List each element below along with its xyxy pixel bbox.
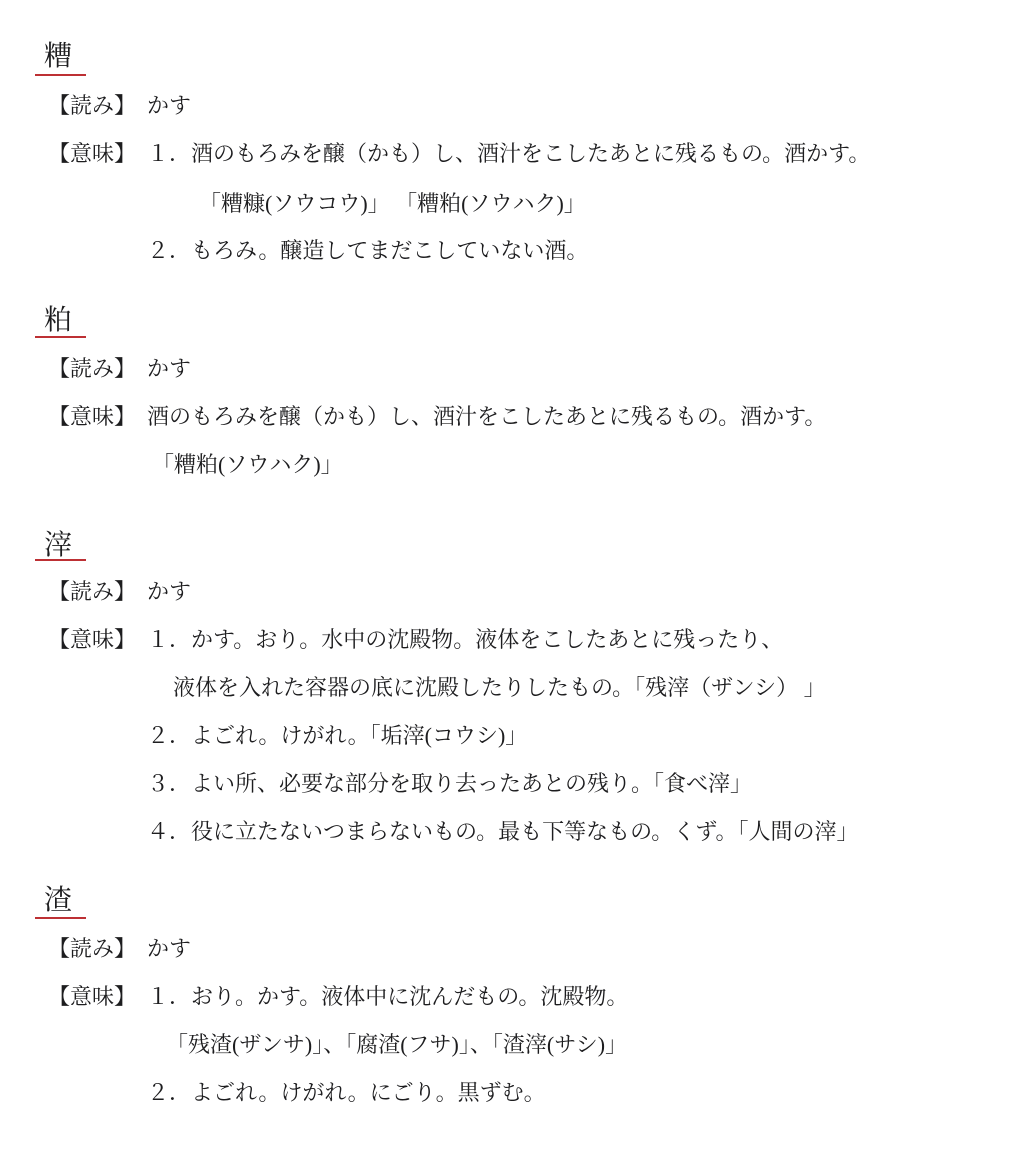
heading-underline-3 (35, 559, 86, 561)
meaning-label: 【意味】 (48, 140, 136, 168)
meaning-text: 「残渣(ザンサ)」、「腐渣(フサ)」、「渣滓(サシ)」 (166, 1031, 627, 1059)
meaning-line: ３．よい所、必要な部分を取り去ったあとの残り。「食べ滓」 (0, 770, 1036, 800)
meaning-text: 酒のもろみを醸（かも）し、酒汁をこしたあとに残るもの。酒かす。 (147, 403, 826, 431)
meaning-line: 【意味】 １．酒のもろみを醸（かも）し、酒汁をこしたあとに残るもの。酒かす。 (0, 140, 1036, 170)
reading-value: かす (147, 355, 191, 383)
meaning-text: ４．役に立たないつまらないもの。最も下等なもの。くず。「人間の滓」 (147, 818, 858, 846)
entry-kanji-1: 糟 (44, 40, 73, 74)
entry-kanji-3: 滓 (44, 529, 73, 563)
meaning-line: 「残渣(ザンサ)」、「腐渣(フサ)」、「渣滓(サシ)」 (0, 1031, 1036, 1061)
meaning-line: ４．役に立たないつまらないもの。最も下等なもの。くず。「人間の滓」 (0, 818, 1036, 848)
heading-underline-1 (35, 74, 86, 76)
meaning-text: 液体を入れた容器の底に沈殿したりしたもの。「残滓（ザンシ） 」 (173, 674, 826, 702)
entry-kanji-4: 渣 (44, 884, 73, 918)
meaning-text: 「糟糠(ソウコウ)」 「糟粕(ソウハク)」 (199, 190, 586, 218)
meaning-line: ２．よごれ。けがれ。にごり。黒ずむ。 (0, 1079, 1036, 1109)
reading-line-3: 【読み】 かす (0, 578, 1036, 608)
reading-label: 【読み】 (48, 935, 136, 963)
reading-line-1: 【読み】 かす (0, 92, 1036, 122)
heading-underline-4 (35, 917, 86, 919)
heading-underline-2 (35, 336, 86, 338)
meaning-text: ３．よい所、必要な部分を取り去ったあとの残り。「食べ滓」 (147, 770, 752, 798)
meaning-text: ２．もろみ。醸造してまだこしていない酒。 (147, 237, 588, 265)
meaning-line: 「糟糠(ソウコウ)」 「糟粕(ソウハク)」 (0, 190, 1036, 220)
reading-label: 【読み】 (48, 355, 136, 383)
reading-line-2: 【読み】 かす (0, 355, 1036, 385)
meaning-label: 【意味】 (48, 626, 136, 654)
meaning-line: 【意味】 １．かす。おり。水中の沈殿物。液体をこしたあとに残ったり、 (0, 626, 1036, 656)
meaning-line: 液体を入れた容器の底に沈殿したりしたもの。「残滓（ザンシ） 」 (0, 674, 1036, 704)
reading-line-4: 【読み】 かす (0, 935, 1036, 965)
meaning-line: 【意味】 １．おり。かす。液体中に沈んだもの。沈殿物。 (0, 983, 1036, 1013)
meaning-line: 【意味】 酒のもろみを醸（かも）し、酒汁をこしたあとに残るもの。酒かす。 (0, 403, 1036, 433)
reading-label: 【読み】 (48, 578, 136, 606)
meaning-text: １．酒のもろみを醸（かも）し、酒汁をこしたあとに残るもの。酒かす。 (147, 140, 870, 168)
meaning-text: ２．よごれ。けがれ。にごり。黒ずむ。 (147, 1079, 546, 1107)
entry-kanji-2: 粕 (44, 304, 73, 338)
meaning-text: １．おり。かす。液体中に沈んだもの。沈殿物。 (147, 983, 628, 1011)
reading-value: かす (147, 935, 191, 963)
meaning-line: ２．よごれ。けがれ。「垢滓(コウシ)」 (0, 722, 1036, 752)
meaning-line: 「糟粕(ソウハク)」 (0, 451, 1036, 481)
document-page: 糟 【読み】 かす 【意味】 １．酒のもろみを醸（かも）し、酒汁をこしたあとに残… (0, 0, 1036, 1174)
reading-value: かす (147, 578, 191, 606)
meaning-label: 【意味】 (48, 403, 136, 431)
reading-value: かす (147, 92, 191, 120)
meaning-text: ２．よごれ。けがれ。「垢滓(コウシ)」 (147, 722, 527, 750)
meaning-label: 【意味】 (48, 983, 136, 1011)
meaning-line: ２．もろみ。醸造してまだこしていない酒。 (0, 237, 1036, 267)
meaning-text: 「糟粕(ソウハク)」 (152, 451, 343, 479)
meaning-text: １．かす。おり。水中の沈殿物。液体をこしたあとに残ったり、 (147, 626, 783, 654)
reading-label: 【読み】 (48, 92, 136, 120)
